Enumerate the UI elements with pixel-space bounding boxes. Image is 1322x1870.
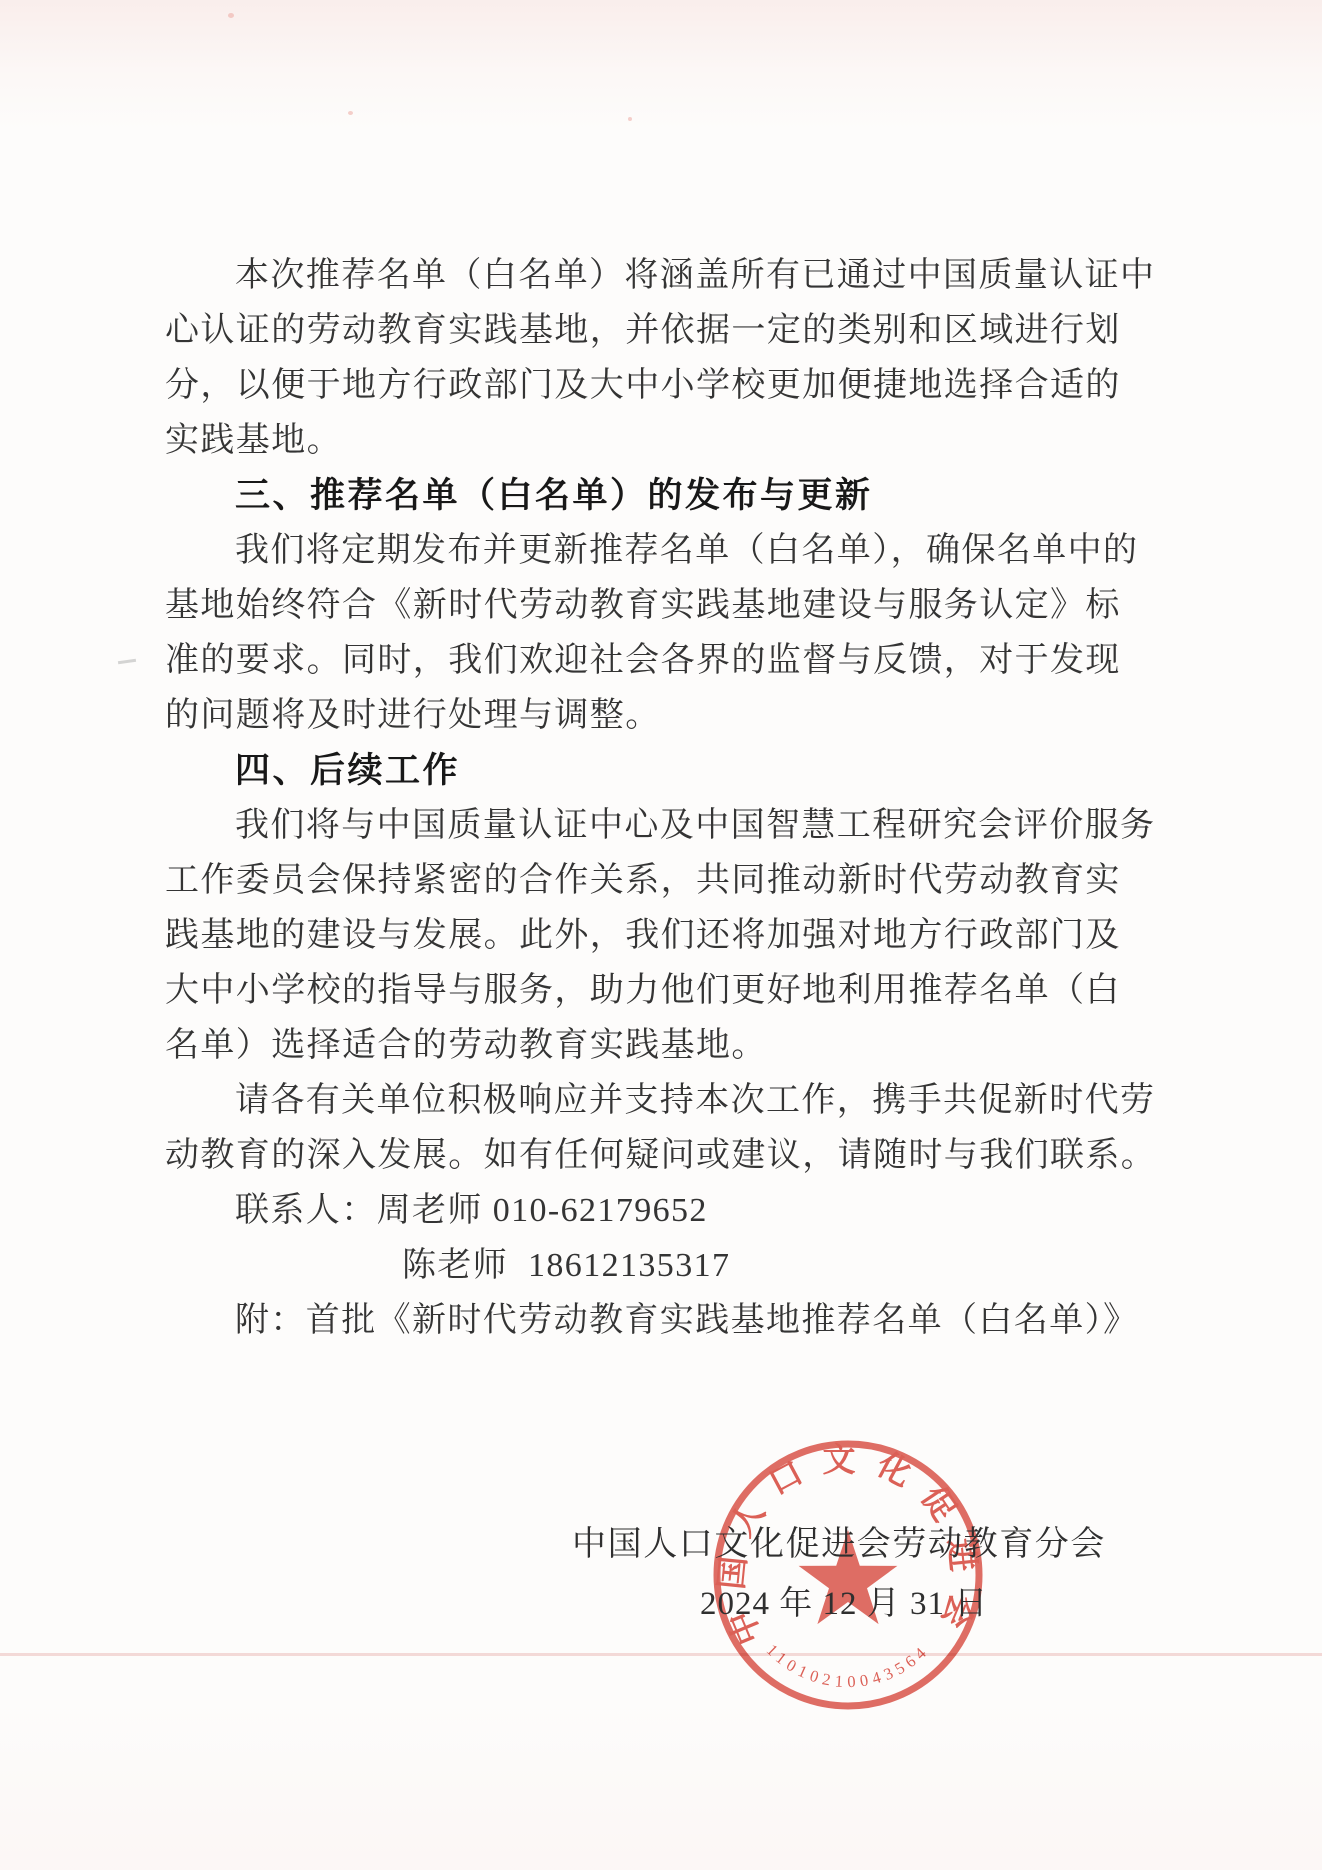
scan-speck (348, 111, 353, 115)
paragraph-line: 实践基地。 (165, 413, 1175, 468)
contact-line-phone: 联系人：周老师 010-62179652 (165, 1183, 1245, 1238)
contact-line-mobile: 陈老师 18612135317 (402, 1238, 1322, 1293)
paragraph-line: 基地始终符合《新时代劳动教育实践基地建设与服务认定》标 (165, 578, 1175, 633)
scan-smudge (118, 659, 136, 664)
section-heading-3: 三、推荐名单（白名单）的发布与更新 (165, 468, 1245, 523)
scan-tint-top (0, 0, 1322, 130)
scan-speck (228, 13, 234, 18)
paragraph-line: 分，以便于地方行政部门及大中小学校更加便捷地选择合适的 (165, 358, 1175, 413)
paragraph-line: 我们将与中国质量认证中心及中国智慧工程研究会评价服务 (165, 798, 1245, 853)
scanned-document-page: 本次推荐名单（白名单）将涵盖所有已通过中国质量认证中 心认证的劳动教育实践基地，… (0, 0, 1322, 1870)
paragraph-line: 本次推荐名单（白名单）将涵盖所有已通过中国质量认证中 (165, 248, 1245, 303)
official-seal-stamp: 中国人口文化促进会 11010210043564 (698, 1425, 998, 1725)
paragraph-line: 我们将定期发布并更新推荐名单（白名单），确保名单中的 (165, 523, 1245, 578)
paragraph-line: 大中小学校的指导与服务，助力他们更好地利用推荐名单（白 (165, 963, 1175, 1018)
paragraph-line: 的问题将及时进行处理与调整。 (165, 688, 1175, 743)
signature-date: 2024 年 12 月 31 日 (700, 1580, 988, 1628)
paragraph-line: 名单）选择适合的劳动教育实践基地。 (165, 1018, 1175, 1073)
paragraph-line: 准的要求。同时，我们欢迎社会各界的监督与反馈，对于发现 (165, 633, 1175, 688)
attachment-line: 附：首批《新时代劳动教育实践基地推荐名单（白名单）》 (165, 1293, 1245, 1348)
scan-speck (628, 117, 632, 121)
section-heading-4: 四、后续工作 (165, 743, 1245, 798)
seal-code-text: 11010210043564 (763, 1640, 934, 1691)
paragraph-line: 践基地的建设与发展。此外，我们还将加强对地方行政部门及 (165, 908, 1175, 963)
signature-org: 中国人口文化促进会劳动教育分会 (572, 1520, 1106, 1570)
paragraph-line: 工作委员会保持紧密的合作关系，共同推动新时代劳动教育实 (165, 853, 1175, 908)
scan-artifact-line (0, 1653, 1322, 1656)
paragraph-line: 心认证的劳动教育实践基地，并依据一定的类别和区域进行划 (165, 303, 1175, 358)
scan-tint-bottom (0, 1700, 1322, 1870)
paragraph-line: 动教育的深入发展。如有任何疑问或建议，请随时与我们联系。 (165, 1128, 1175, 1183)
paragraph-line: 请各有关单位积极响应并支持本次工作，携手共促新时代劳 (165, 1073, 1245, 1128)
